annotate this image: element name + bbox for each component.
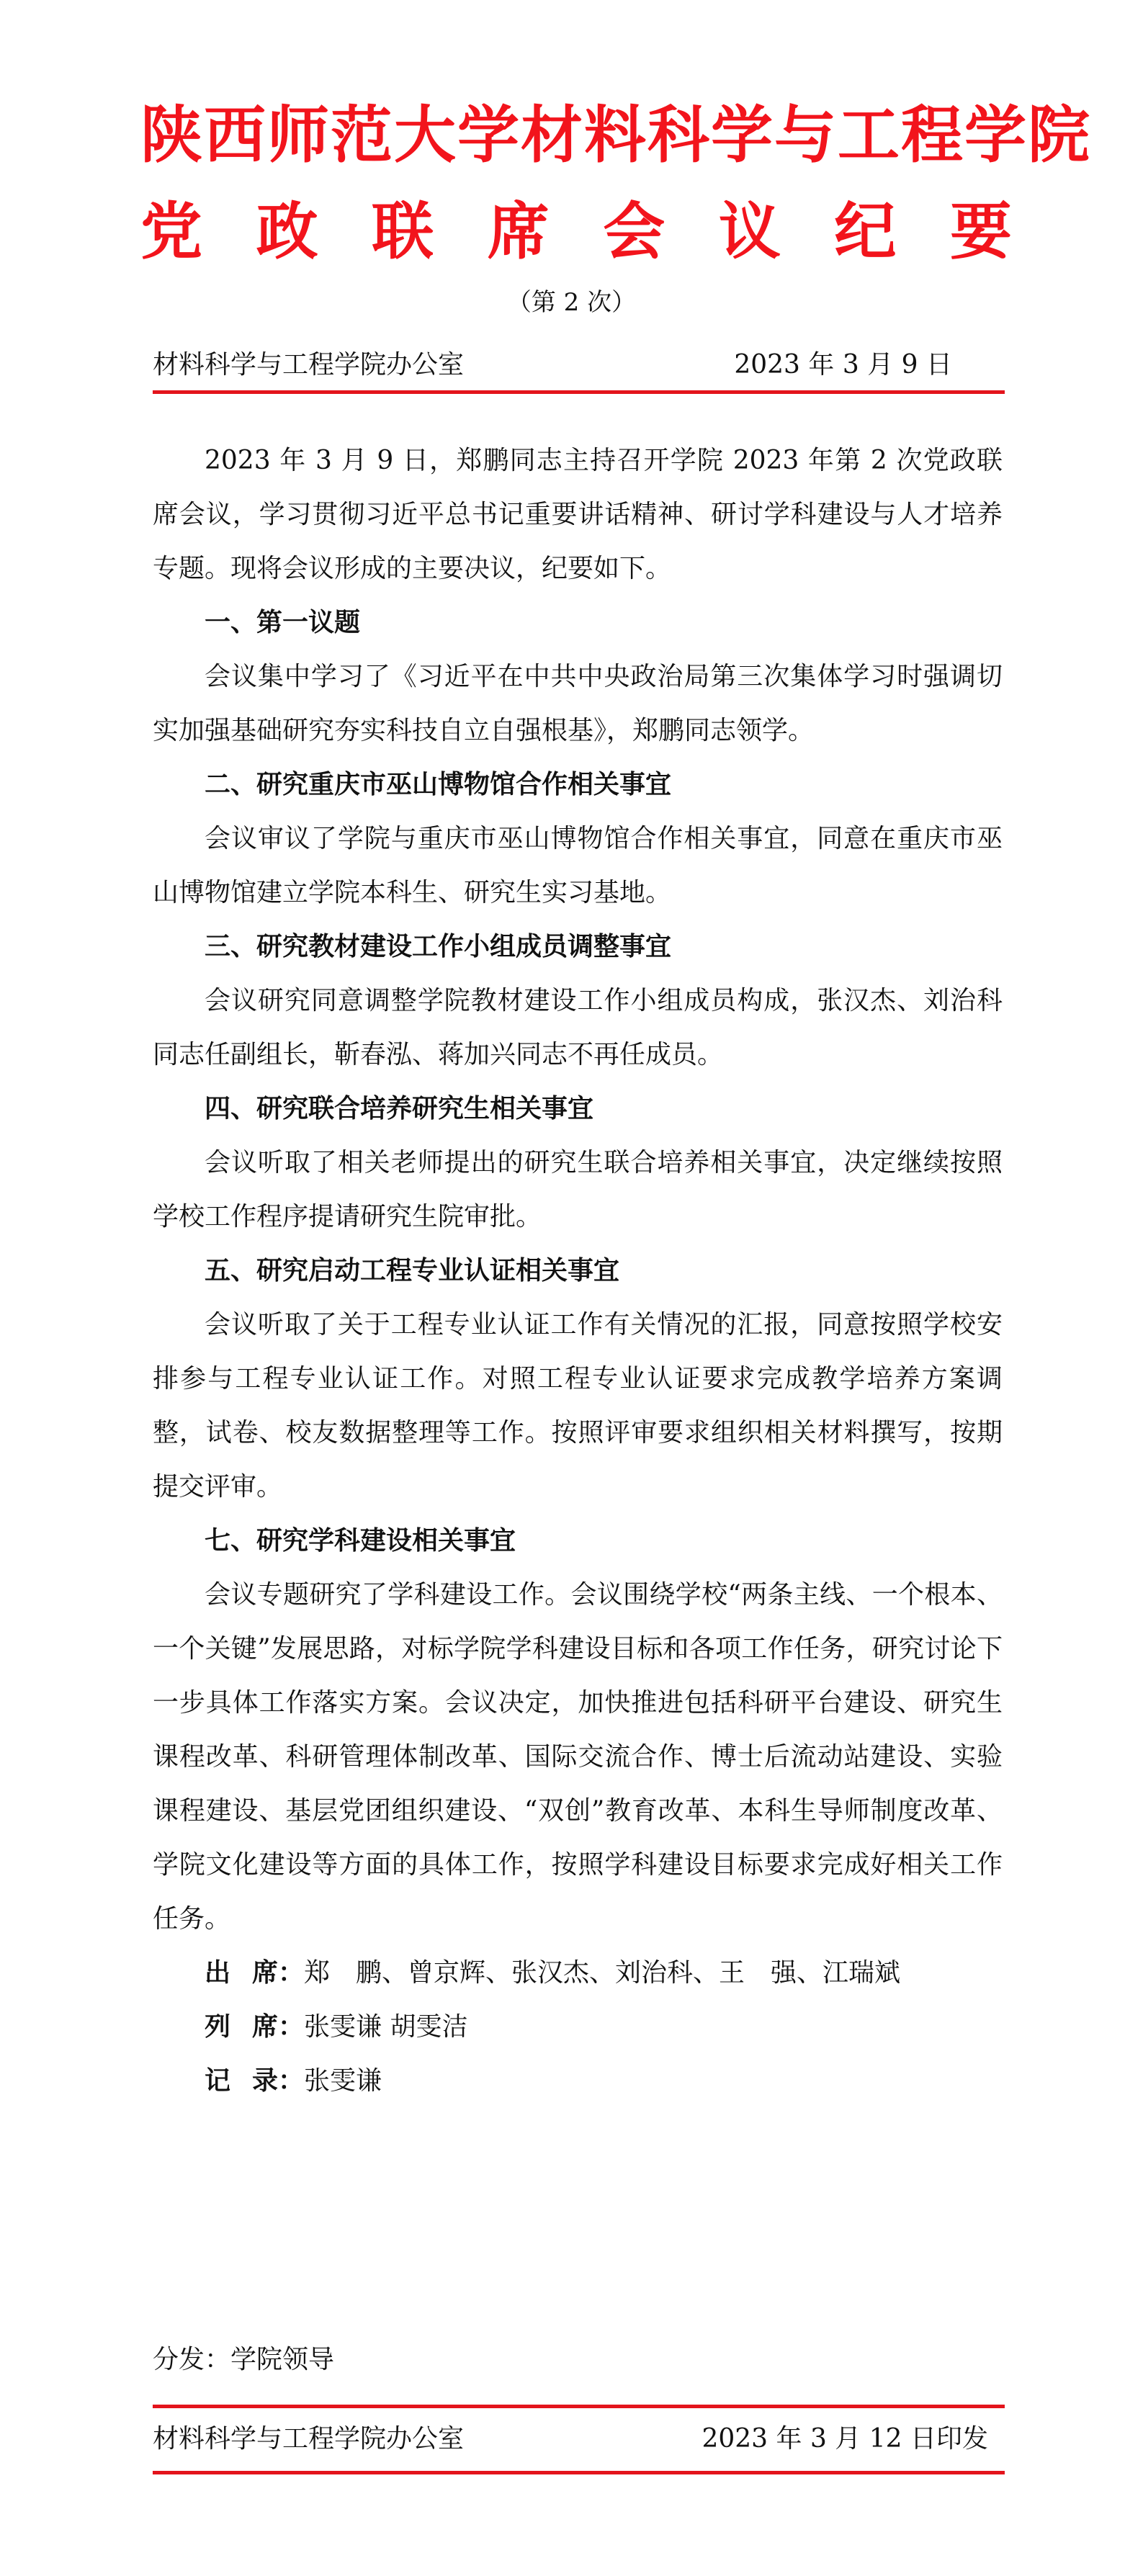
section-text: 会议审议了学院与重庆市巫山博物馆合作相关事宜，同意在重庆市巫山博物馆建立学院本科…	[153, 812, 1003, 920]
present-label: 出	[205, 1958, 252, 1988]
print-date: 2023 年 3 月 12 日印发	[702, 2423, 1003, 2455]
title-char: 党	[140, 196, 202, 268]
footer-divider-bottom	[153, 2471, 1005, 2474]
attendees-present: 出席：郑 鹏、曾京辉、张汉杰、刘治科、王 强、江瑞斌	[153, 1946, 1003, 2000]
recorder-label-end: 录：	[252, 2066, 304, 2096]
header-meta: 材料科学与工程学院办公室 2023 年 3 月 9 日	[153, 349, 1003, 381]
recorder-label: 记	[205, 2066, 252, 2096]
section-heading: 四、研究联合培养研究生相关事宜	[153, 1082, 1003, 1136]
section-heading: 五、研究启动工程专业认证相关事宜	[153, 1244, 1003, 1298]
title-char: 纪	[834, 196, 896, 268]
attendees-observing: 列席：张雯谦 胡雯洁	[153, 2000, 1003, 2054]
issue-number: （第 2 次）	[0, 288, 1143, 317]
header-divider	[153, 390, 1005, 394]
section-text: 会议研究同意调整学院教材建设工作小组成员构成，张汉杰、刘治科同志任副组长，靳春泓…	[153, 974, 1003, 1082]
recorder: 记录：张雯谦	[153, 2054, 1003, 2108]
document-title-type: 党 政 联 席 会 议 纪 要	[140, 196, 1012, 268]
document-title-institution: 陕西师范大学材料科学与工程学院	[140, 99, 1012, 171]
title-char: 联	[372, 196, 434, 268]
section-text: 会议听取了关于工程专业认证工作有关情况的汇报，同意按照学校安排参与工程专业认证工…	[153, 1298, 1003, 1514]
section-heading: 七、研究学科建设相关事宜	[153, 1514, 1003, 1568]
title-char: 要	[950, 196, 1012, 268]
document-page: 陕西师范大学材料科学与工程学院 党 政 联 席 会 议 纪 要 （第 2 次） …	[0, 0, 1143, 2576]
attending-label-end: 席：	[252, 2012, 304, 2042]
title-char: 议	[719, 196, 781, 268]
intro-paragraph: 2023 年 3 月 9 日，郑鹏同志主持召开学院 2023 年第 2 次党政联…	[153, 434, 1003, 596]
attending-names: 张雯谦 胡雯洁	[304, 2012, 467, 2042]
attending-label: 列	[205, 2012, 252, 2042]
section-text: 会议专题研究了学科建设工作。会议围绕学校“两条主线、一个根本、一个关键”发展思路…	[153, 1568, 1003, 1946]
section-text: 会议集中学习了《习近平在中共中央政治局第三次集体学习时强调切实加强基础研究夯实科…	[153, 650, 1003, 758]
issuer-office: 材料科学与工程学院办公室	[153, 349, 464, 381]
section-heading: 三、研究教材建设工作小组成员调整事宜	[153, 920, 1003, 974]
title-char: 政	[256, 196, 318, 268]
distribution-line: 分发：学院领导	[153, 2344, 334, 2376]
section-heading: 二、研究重庆市巫山博物馆合作相关事宜	[153, 758, 1003, 812]
title-char: 会	[603, 196, 665, 268]
minutes-body: 2023 年 3 月 9 日，郑鹏同志主持召开学院 2023 年第 2 次党政联…	[153, 434, 1003, 2108]
meeting-date: 2023 年 3 月 9 日	[734, 349, 1003, 381]
footer-meta: 材料科学与工程学院办公室 2023 年 3 月 12 日印发	[153, 2423, 1003, 2455]
title-char: 席	[488, 196, 550, 268]
footer-divider-top	[153, 2405, 1005, 2408]
present-label-end: 席：	[252, 1958, 304, 1988]
recorder-names: 张雯谦	[304, 2066, 382, 2096]
footer-issuer: 材料科学与工程学院办公室	[153, 2423, 464, 2455]
present-names: 郑 鹏、曾京辉、张汉杰、刘治科、王 强、江瑞斌	[304, 1958, 900, 1988]
section-heading: 一、第一议题	[153, 596, 1003, 650]
section-text: 会议听取了相关老师提出的研究生联合培养相关事宜，决定继续按照学校工作程序提请研究…	[153, 1136, 1003, 1244]
